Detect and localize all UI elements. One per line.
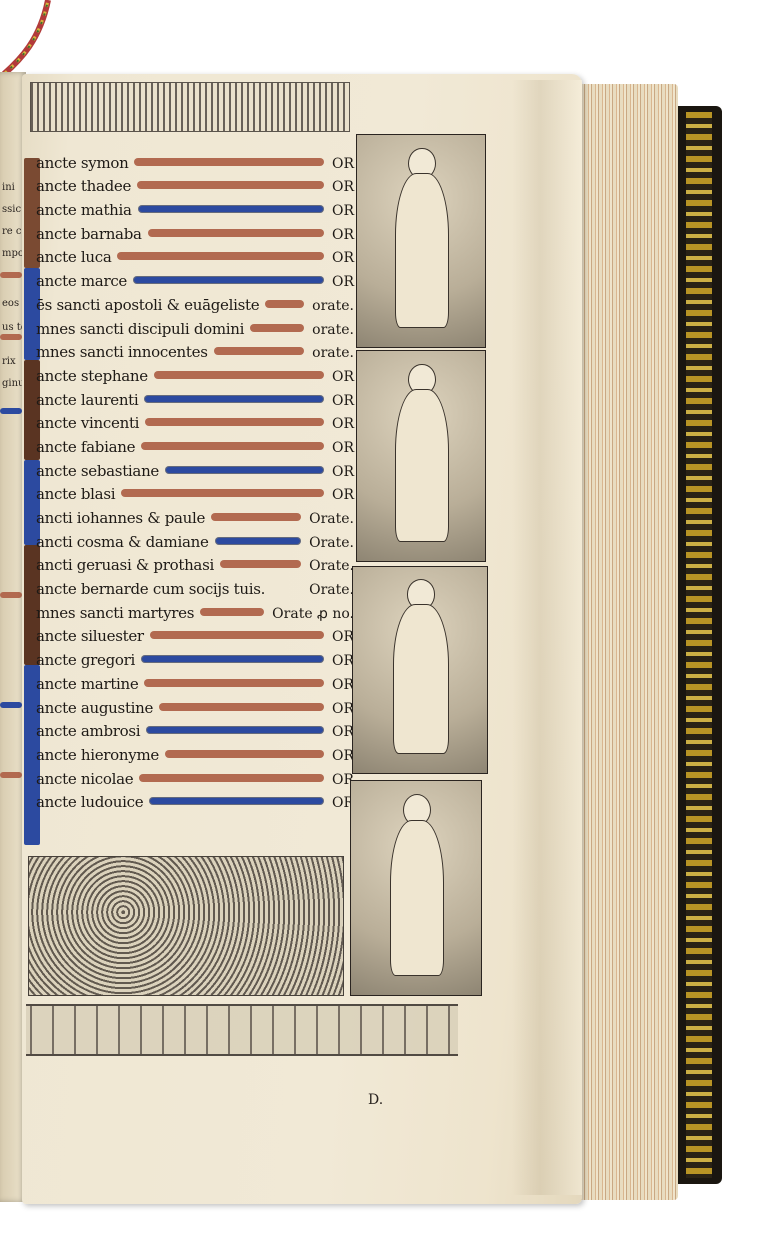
litany-line: ancte mathiaOR bbox=[36, 195, 354, 219]
response-text: Orate. bbox=[309, 511, 354, 527]
saint-figure bbox=[395, 389, 448, 542]
litany-line: ancte symonOR bbox=[36, 148, 354, 172]
response-text: OR bbox=[332, 274, 354, 290]
response-text: OR bbox=[332, 724, 354, 740]
invocation-text: ancte barnaba bbox=[36, 225, 142, 243]
response-text: OR bbox=[332, 440, 354, 456]
saint-figure bbox=[393, 604, 449, 754]
response-text: Orate ꝓ no. bbox=[272, 606, 354, 622]
litany-line: ancte fabianeOR bbox=[36, 432, 354, 456]
woodcut-saint-lawrence bbox=[352, 566, 488, 774]
line-filler-red bbox=[211, 513, 301, 521]
invocation-text: ancte ludouice bbox=[36, 793, 143, 811]
invocation-text: ancte marce bbox=[36, 272, 127, 290]
litany-line: ancte gregoriOR bbox=[36, 645, 354, 669]
invocation-text: ancte nicolae bbox=[36, 770, 133, 788]
litany-line: ancte nicolaeOR bbox=[36, 764, 354, 788]
line-filler-none bbox=[271, 584, 301, 592]
line-filler-red bbox=[117, 252, 323, 260]
invocation-text: ancte gregori bbox=[36, 651, 135, 669]
line-filler-red bbox=[144, 679, 323, 687]
line-filler-red bbox=[265, 300, 304, 308]
litany-line: ancte bernarde cum socijs tuis.Orate. bbox=[36, 574, 354, 598]
litany-line: ancte barnabaOR bbox=[36, 219, 354, 243]
left-page-text: ini bbox=[2, 182, 15, 193]
line-filler-red bbox=[145, 418, 324, 426]
line-filler-red bbox=[165, 750, 324, 758]
line-filler-red bbox=[134, 158, 324, 166]
invocation-text: ancte stephane bbox=[36, 367, 148, 385]
line-filler-blue bbox=[215, 537, 302, 545]
woodcut-frieze-wild-man bbox=[28, 856, 344, 996]
litany-line: ancte hieronymeOR bbox=[36, 740, 354, 764]
response-text: OR bbox=[332, 393, 354, 409]
invocation-text: ancti geruasi & prothasi bbox=[36, 556, 214, 574]
woodcut-top-border bbox=[30, 82, 350, 132]
line-filler-red bbox=[159, 703, 324, 711]
litany-line: mnes sancti martyresOrate ꝓ no. bbox=[36, 598, 354, 622]
line-filler-blue bbox=[165, 466, 324, 474]
woodcut-saint-stephen bbox=[356, 350, 486, 562]
response-text: orate. bbox=[312, 345, 354, 361]
litany-line: ēs sancti apostoli & euāgelisteorate. bbox=[36, 290, 354, 314]
gilt-ornament bbox=[686, 112, 712, 1178]
litany-line: ancti cosma & damianeOrate. bbox=[36, 527, 354, 551]
litany-line: ancte lucaOR bbox=[36, 243, 354, 267]
invocation-text: ancti cosma & damiane bbox=[36, 533, 209, 551]
gilt-cover-edge bbox=[678, 106, 722, 1184]
response-text: OR bbox=[332, 369, 354, 385]
line-filler-red bbox=[141, 442, 324, 450]
line-filler-red bbox=[250, 324, 304, 332]
line-filler-blue bbox=[149, 797, 324, 805]
litany-line: ancte ambrosiOR bbox=[36, 717, 354, 741]
line-filler-blue bbox=[133, 276, 324, 284]
line-filler-blue bbox=[138, 205, 324, 213]
invocation-text: ancte martine bbox=[36, 675, 138, 693]
response-text: Orate. bbox=[309, 558, 354, 574]
response-text: OR bbox=[332, 416, 354, 432]
woodcut-saint-anthony bbox=[350, 780, 482, 996]
line-filler-red bbox=[137, 181, 324, 189]
invocation-text: ancte fabiane bbox=[36, 438, 135, 456]
response-text: OR bbox=[332, 487, 354, 503]
invocation-text: ancte sebastiane bbox=[36, 462, 159, 480]
line-filler-red bbox=[148, 229, 324, 237]
bookmark-ribbon bbox=[0, 0, 70, 80]
left-page-filler bbox=[0, 334, 22, 340]
response-text: OR bbox=[332, 227, 354, 243]
woodcut-saint-sebastian bbox=[356, 134, 486, 348]
invocation-text: ēs sancti apostoli & euāgeliste bbox=[36, 296, 259, 314]
invocation-text: mnes sancti discipuli domini bbox=[36, 320, 244, 338]
litany-line: mnes sancti innocentesorate. bbox=[36, 338, 354, 362]
litany-line: ancte vincentiOR bbox=[36, 409, 354, 433]
line-filler-red bbox=[214, 347, 305, 355]
saint-figure bbox=[390, 820, 444, 976]
saint-figure bbox=[395, 173, 448, 328]
left-page-filler bbox=[0, 408, 22, 414]
litany-line: ancte martineOR bbox=[36, 669, 354, 693]
litany-line: mnes sancti discipuli dominiorate. bbox=[36, 314, 354, 338]
response-text: orate. bbox=[312, 322, 354, 338]
response-text: OR bbox=[332, 629, 354, 645]
page-curl-shadow bbox=[512, 80, 582, 1195]
left-page-filler bbox=[0, 272, 22, 278]
line-filler-red bbox=[139, 774, 324, 782]
litany-line: ancte blasiOR bbox=[36, 480, 354, 504]
left-page-text: eos bbox=[2, 298, 19, 309]
left-page-filler bbox=[0, 702, 22, 708]
invocation-text: ancte ambrosi bbox=[36, 722, 140, 740]
line-filler-blue bbox=[141, 655, 324, 663]
litany-line: ancti iohannes & pauleOrate. bbox=[36, 503, 354, 527]
left-page-text: rix bbox=[2, 356, 16, 367]
response-text: orate. bbox=[312, 298, 354, 314]
response-text: OR bbox=[332, 464, 354, 480]
response-text: Orate. bbox=[309, 535, 354, 551]
litany-text: ancte symonORancte thadeeORancte mathiaO… bbox=[36, 148, 354, 811]
invocation-text: ancte mathia bbox=[36, 201, 132, 219]
line-filler-red bbox=[150, 631, 324, 639]
litany-line: ancte thadeeOR bbox=[36, 172, 354, 196]
invocation-text: ancte luca bbox=[36, 248, 111, 266]
invocation-text: ancti iohannes & paule bbox=[36, 509, 205, 527]
litany-line: ancte stephaneOR bbox=[36, 361, 354, 385]
litany-line: ancte laurentiOR bbox=[36, 385, 354, 409]
invocation-text: ancte symon bbox=[36, 154, 128, 172]
invocation-text: ancte hieronyme bbox=[36, 746, 159, 764]
line-filler-red bbox=[200, 608, 264, 616]
line-filler-red bbox=[220, 560, 301, 568]
line-filler-red bbox=[121, 489, 324, 497]
invocation-text: ancte blasi bbox=[36, 485, 115, 503]
line-filler-red bbox=[154, 371, 324, 379]
woodcut-bottom-border bbox=[26, 1004, 458, 1056]
signature-mark: D. bbox=[368, 1092, 383, 1108]
response-text: Orate. bbox=[309, 582, 354, 598]
invocation-text: ancte laurenti bbox=[36, 391, 138, 409]
invocation-text: ancte vincenti bbox=[36, 414, 139, 432]
litany-line: ancte ludouiceOR bbox=[36, 788, 354, 812]
invocation-text: mnes sancti innocentes bbox=[36, 343, 208, 361]
line-filler-blue bbox=[146, 726, 324, 734]
left-page-filler bbox=[0, 592, 22, 598]
litany-line: ancte sebastianeOR bbox=[36, 456, 354, 480]
response-text: OR bbox=[332, 179, 354, 195]
invocation-text: ancte augustine bbox=[36, 699, 153, 717]
invocation-text: ancte bernarde cum socijs tuis. bbox=[36, 580, 265, 598]
litany-line: ancte augustineOR bbox=[36, 693, 354, 717]
page-edges bbox=[578, 84, 678, 1200]
litany-line: ancte marceOR bbox=[36, 266, 354, 290]
left-page-filler bbox=[0, 772, 22, 778]
response-text: OR bbox=[332, 203, 354, 219]
response-text: OR bbox=[332, 653, 354, 669]
line-filler-blue bbox=[144, 395, 324, 403]
litany-line: ancti geruasi & prothasiOrate. bbox=[36, 551, 354, 575]
litany-line: ancte siluesterOR bbox=[36, 622, 354, 646]
response-text: OR bbox=[332, 250, 354, 266]
invocation-text: ancte siluester bbox=[36, 627, 144, 645]
response-text: OR bbox=[332, 156, 354, 172]
invocation-text: mnes sancti martyres bbox=[36, 604, 194, 622]
invocation-text: ancte thadee bbox=[36, 177, 131, 195]
response-text: OR bbox=[332, 701, 354, 717]
response-text: OR bbox=[332, 677, 354, 693]
response-text: OR bbox=[332, 748, 354, 764]
